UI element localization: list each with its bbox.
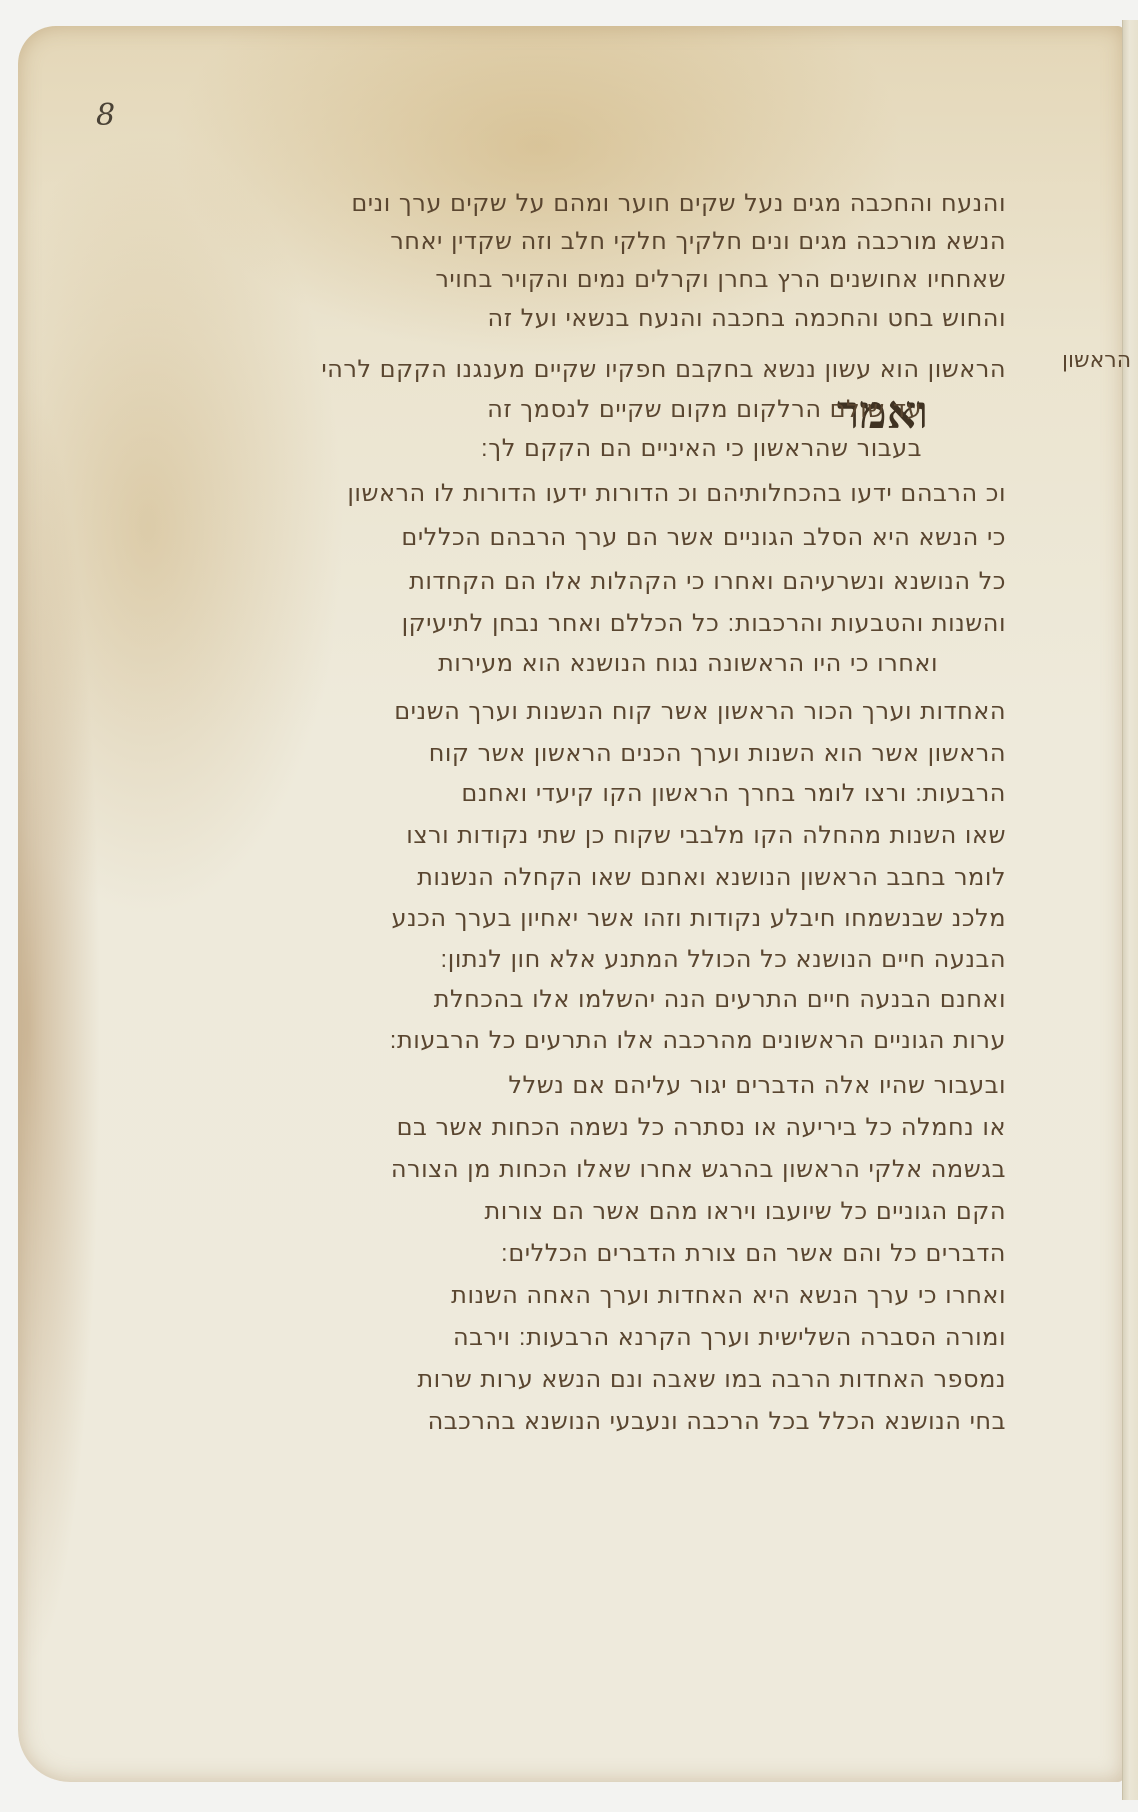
text-line: כל הנושנא ונשרעיהם ואחרו כי הקהלות אלו ה… bbox=[409, 566, 1006, 596]
text-line: שאו השנות מהחלה הקו מלבבי שקוח כן שתי נק… bbox=[406, 820, 1006, 850]
text-line: לומר בחבב הראשון הנושנא ואחנם שאו הקחלה … bbox=[417, 862, 1006, 892]
text-line: עד שולם הרלקום מקום שקיים לנסמך זה bbox=[487, 394, 922, 424]
text-line: הדברים כל והם אשר הם צורת הדברים הכללים׃ bbox=[501, 1238, 1006, 1268]
text-line: או נחמלה כל ביריעה או נסתרה כל נשמה הכחו… bbox=[397, 1112, 1006, 1142]
text-line: ואחנם הבנעה חיים התרעים הנה יהשלמו אלו ב… bbox=[434, 984, 1006, 1014]
text-line: שאחחיו אחושנים הרץ בחרן וקרלים נמים והקו… bbox=[435, 264, 1006, 294]
text-line: הראשון אשר הוא השנות וערך הכנים הראשון א… bbox=[429, 738, 1006, 768]
text-line: הראשון הוא עשון ננשא בחקבם חפקיו שקיים מ… bbox=[321, 354, 1006, 384]
folio-number: 8 bbox=[96, 98, 115, 133]
text-line: בחי הנושנא הכלל בכל הרכבה ונעבעי הנושנא … bbox=[428, 1406, 1006, 1436]
text-line: בעבור שהראשון כי האיניים הם הקקם לך׃ bbox=[481, 433, 922, 463]
text-line: הבנעה חיים הנושנא כל הכולל המתנע אלא חון… bbox=[440, 944, 1006, 974]
text-line: ערות הגוניים הראשונים מהרכבה אלו התרעים … bbox=[389, 1025, 1006, 1055]
text-line: והנעח והחכבה מגים נעל שקים חוער ומהם על … bbox=[351, 188, 1006, 218]
text-line: מלכנ שבנשמחו חיבלע נקודות וזהו אשר יאחיו… bbox=[392, 903, 1007, 933]
text-line: ומורה הסברה השלישית וערך הקרנא הרבעות׃ ו… bbox=[453, 1322, 1006, 1352]
text-line: הקם הגוניים כל שיועבו ויראו מהם אשר הם צ… bbox=[485, 1196, 1007, 1226]
text-line: והחוש בחט והחכמה בחכבה והנעח בנשאי ועל ז… bbox=[488, 303, 1006, 333]
text-line: בגשמה אלקי הראשון בהרגש אחרו שאלו הכחות … bbox=[391, 1154, 1006, 1184]
text-line: והשנות והטבעות והרכבות׃ כל הכללם ואחר נב… bbox=[402, 608, 1006, 638]
text-line: הנשא מורכבה מגים ונים חלקיך חלקי חלב וזה… bbox=[390, 226, 1006, 256]
text-line: נמספר האחדות הרבה במו שאבה ונם הנשא ערות… bbox=[417, 1364, 1006, 1394]
binding-edge bbox=[1122, 20, 1138, 1800]
text-line: כי הנשא היא הסלב הגוניים אשר הם ערך הרבה… bbox=[401, 522, 1006, 552]
text-line: ובעבור שהיו אלה הדברים יגור עליהם אם נשל… bbox=[508, 1070, 1006, 1100]
text-line: הרבעות׃ ורצו לומר בחרך הראשון הקו קיעדי … bbox=[461, 778, 1006, 808]
margin-note: הראשון bbox=[1062, 348, 1131, 373]
text-line: האחדות וערך הכור הראשון אשר קוח הנשנות ו… bbox=[394, 696, 1006, 726]
text-line: וכ הרבהם ידעו בהכחלותיהם וכ הדורות ידעו … bbox=[347, 478, 1006, 508]
text-line: ואחרו כי היו הראשונה נגוח הנושנא הוא מעי… bbox=[438, 648, 938, 678]
text-line: ואחרו כי ערך הנשא היא האחדות וערך האחה ה… bbox=[451, 1280, 1006, 1310]
